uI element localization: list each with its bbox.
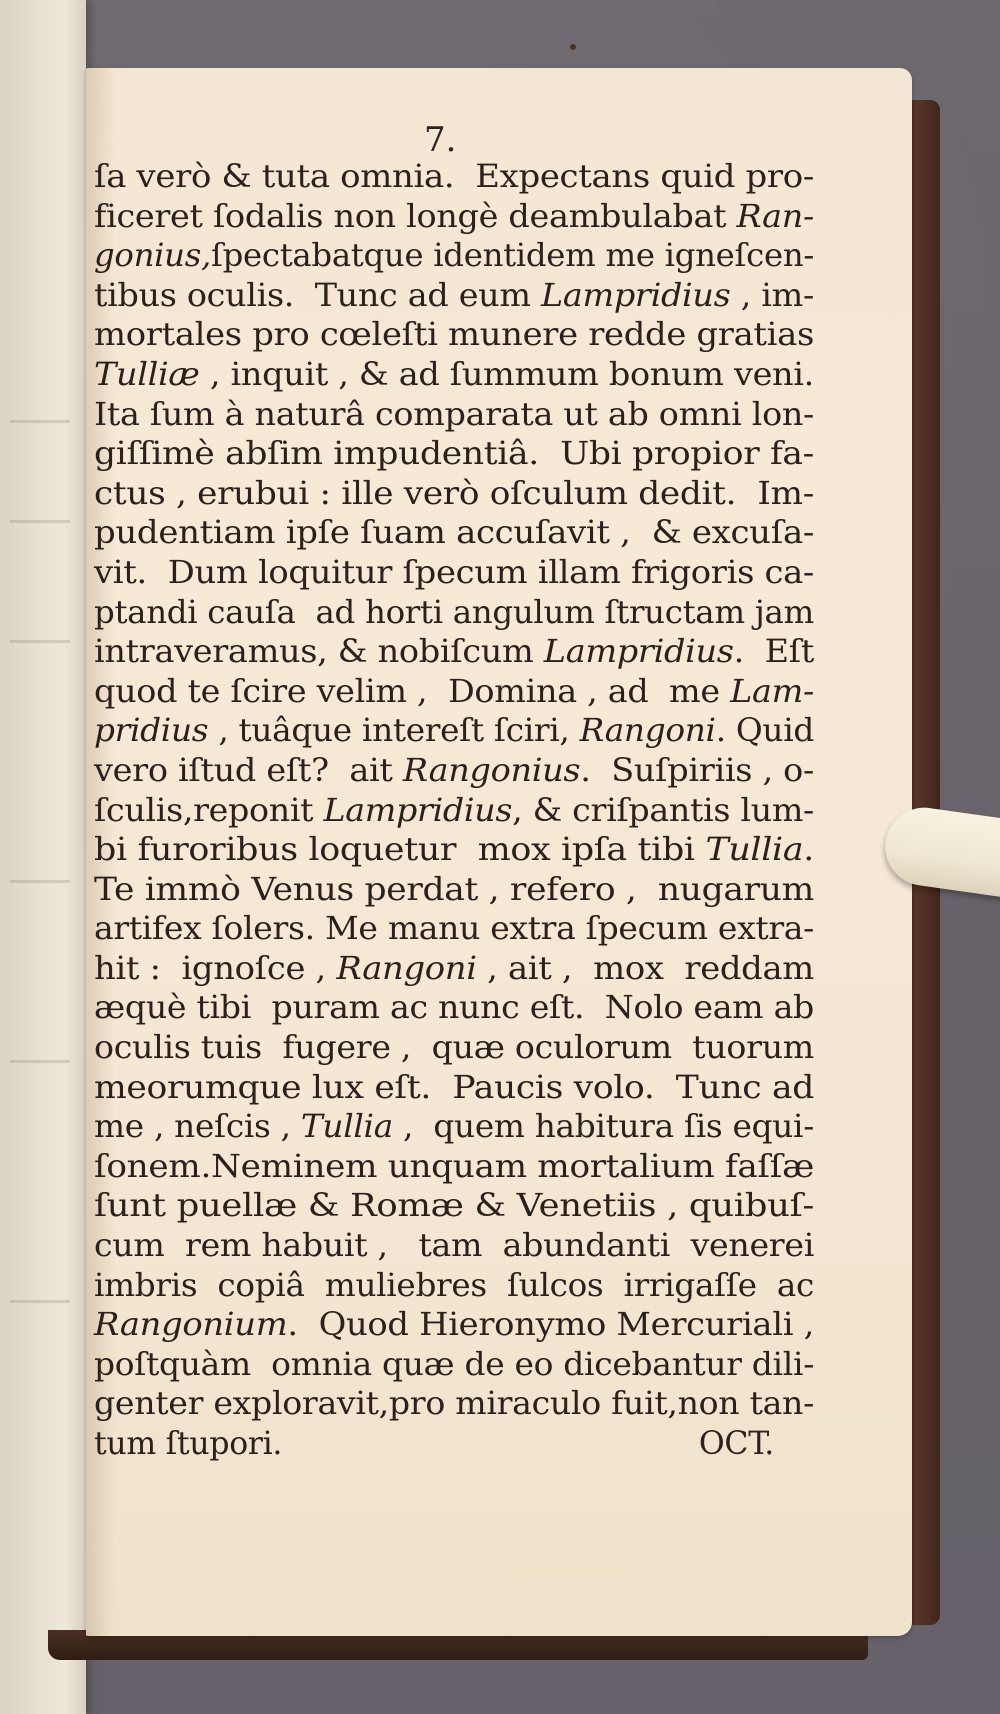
text-line: mortales pro cœleſti munere redde gratia…	[94, 316, 814, 356]
text-run: Ita ſum à naturâ comparata ut ab omni lo…	[94, 397, 814, 433]
text-line: hit : ignoſce , Rangoni , ait , mox redd…	[94, 950, 814, 990]
text-line: Te immò Venus perdat , refero , nugarum	[94, 871, 814, 911]
italic-name: Tullia	[301, 1109, 393, 1145]
text-line: oculis tuis fugere , quæ oculorum tuorum	[94, 1029, 814, 1069]
text-line: ſa verò & tuta omnia. Expectans quid pro…	[94, 158, 814, 198]
text-line: Ita ſum à naturâ comparata ut ab omni lo…	[94, 396, 814, 436]
text-run: Te immò Venus perdat , refero , nugarum	[94, 872, 814, 908]
book-page: 7. ſa verò & tuta omnia. Expectans quid …	[86, 68, 912, 1636]
italic-name: Rangoni	[580, 713, 716, 749]
text-line: intraveramus, & nobiſcum Lampridius. Eſt	[94, 633, 814, 673]
text-line: cum rem habuit , tam abundanti venerei	[94, 1227, 814, 1267]
text-line: artifex ſolers. Me manu extra ſpecum ext…	[94, 910, 814, 950]
text-run: mortales pro cœleſti munere redde gratia…	[94, 317, 814, 353]
text-run: ſonem.Neminem unquam mortalium faſſæ	[94, 1149, 814, 1185]
text-run: ficeret ſodalis non longè deambulabat	[94, 199, 737, 235]
text-run: meorumque lux eſt. Paucis volo. Tunc ad	[94, 1070, 814, 1106]
text-run: imbris copiâ muliebres ſulcos irrigaſſe …	[94, 1268, 814, 1304]
text-run: artifex ſolers. Me manu extra ſpecum ext…	[94, 911, 814, 947]
text-line: gonius,ſpectabatque identidem me igneſce…	[94, 237, 814, 277]
text-run: ſa verò & tuta omnia. Expectans quid pro…	[94, 159, 814, 195]
show-through-mark	[10, 1060, 70, 1063]
text-run: vero iſtud eſt? ait	[94, 753, 403, 789]
text-run: . Eſt	[734, 634, 814, 670]
text-run: pudentiam ipſe ſuam accuſavit , & excuſa…	[94, 515, 814, 551]
text-run: bi furoribus loquetur mox ipſa tibi	[94, 832, 705, 868]
italic-name: Ran-	[737, 199, 814, 235]
text-line: tum ſtupori.OCT.	[94, 1425, 814, 1465]
show-through-mark	[10, 520, 70, 523]
text-run: æquè tibi puram ac nunc eſt. Nolo eam ab	[94, 990, 814, 1026]
text-line: meorumque lux eſt. Paucis volo. Tunc ad	[94, 1069, 814, 1109]
text-run: . Quod Hieronymo Mercuriali ,	[287, 1307, 814, 1343]
text-line: ſunt puellæ & Romæ & Venetiis , quibuſ-	[94, 1187, 814, 1227]
text-run: ctus , erubui : ille verò oſculum dedit.…	[94, 476, 814, 512]
text-run: genter exploravit,pro miraculo fuit,non …	[94, 1386, 814, 1422]
text-line: ficeret ſodalis non longè deambulabat Ra…	[94, 198, 814, 238]
text-run: ptandi cauſa ad horti angulum ſtructam j…	[94, 595, 814, 631]
text-line: me , neſcis , Tullia , quem habitura ſis…	[94, 1108, 814, 1148]
text-run: , ait , mox reddam	[477, 951, 814, 987]
page-text: ſa verò & tuta omnia. Expectans quid pro…	[94, 158, 814, 1465]
text-line: genter exploravit,pro miraculo fuit,non …	[94, 1385, 814, 1425]
facing-page-edge	[0, 0, 86, 1714]
text-run: , & criſpantis lum-	[512, 793, 814, 829]
text-run: intraveramus, & nobiſcum	[94, 634, 544, 670]
text-run: me , neſcis ,	[94, 1109, 301, 1145]
text-line: Rangonium. Quod Hieronymo Mercuriali ,	[94, 1306, 814, 1346]
text-line: tibus oculis. Tunc ad eum Lampridius , i…	[94, 277, 814, 317]
text-run: .	[803, 832, 814, 868]
text-run: , tuâque intereſt ſciri,	[208, 713, 579, 749]
italic-name: Rangonium	[94, 1307, 287, 1343]
text-run: , quem habitura ſis equi-	[393, 1109, 814, 1145]
text-line: giſſimè abſim impudentiâ. Ubi propior fa…	[94, 435, 814, 475]
show-through-mark	[10, 420, 70, 423]
italic-name: Lampridius	[541, 278, 730, 314]
italic-name: pridius	[94, 713, 208, 749]
text-line: vero iſtud eſt? ait Rangonius. Suſpiriis…	[94, 752, 814, 792]
text-line: bi furoribus loquetur mox ipſa tibi Tull…	[94, 831, 814, 871]
text-run: , im-	[730, 278, 814, 314]
text-run: giſſimè abſim impudentiâ. Ubi propior fa…	[94, 436, 814, 472]
text-run: poſtquàm omnia quæ de eo dicebantur dili…	[94, 1347, 814, 1383]
show-through-mark	[10, 880, 70, 883]
text-run: . Quid	[716, 713, 814, 749]
text-run: tibus oculis. Tunc ad eum	[94, 278, 541, 314]
text-run: oculis tuis fugere , quæ oculorum tuorum	[94, 1030, 814, 1066]
italic-name: Lampridius	[544, 634, 734, 670]
text-line: Tulliæ , inquit , & ad ſummum bonum veni…	[94, 356, 814, 396]
text-run: ſunt puellæ & Romæ & Venetiis , quibuſ-	[94, 1188, 814, 1224]
text-line: æquè tibi puram ac nunc eſt. Nolo eam ab	[94, 989, 814, 1029]
text-line: poſtquàm omnia quæ de eo dicebantur dili…	[94, 1346, 814, 1386]
debris-speck	[570, 44, 576, 50]
italic-name: Lampridius	[323, 793, 512, 829]
text-line: ſculis,reponit Lampridius, & criſpantis …	[94, 792, 814, 832]
text-line: quod te ſcire velim , Domina , ad me Lam…	[94, 673, 814, 713]
text-line: vit. Dum loquitur ſpecum illam frigoris …	[94, 554, 814, 594]
text-run: ſpectabatque identidem me igneſcen-	[211, 238, 814, 274]
text-run: vit. Dum loquitur ſpecum illam frigoris …	[94, 555, 814, 591]
text-line: pridius , tuâque intereſt ſciri, Rangoni…	[94, 712, 814, 752]
text-line: ſonem.Neminem unquam mortalium faſſæ	[94, 1148, 814, 1188]
italic-name: Tullia	[705, 832, 803, 868]
show-through-mark	[10, 1300, 70, 1303]
text-line: ptandi cauſa ad horti angulum ſtructam j…	[94, 594, 814, 634]
page-number: 7.	[424, 120, 456, 160]
italic-name: Rangonius	[403, 753, 580, 789]
text-line: ctus , erubui : ille verò oſculum dedit.…	[94, 475, 814, 515]
italic-name: Tulliæ	[94, 357, 200, 393]
show-through-mark	[10, 640, 70, 643]
italic-name: Lam-	[730, 674, 814, 710]
text-run: cum rem habuit , tam abundanti venerei	[94, 1228, 814, 1264]
text-line: pudentiam ipſe ſuam accuſavit , & excuſa…	[94, 514, 814, 554]
text-run: . Suſpiriis , o-	[580, 753, 814, 789]
catchword: OCT.	[699, 1425, 774, 1465]
text-run: , inquit , & ad ſummum bonum veni.	[200, 357, 814, 393]
italic-name: Rangoni	[336, 951, 476, 987]
text-run: quod te ſcire velim , Domina , ad me	[94, 674, 730, 710]
text-run: tum ſtupori.	[94, 1426, 282, 1462]
italic-name: gonius,	[94, 238, 211, 274]
text-run: ſculis,reponit	[94, 793, 323, 829]
text-line: imbris copiâ muliebres ſulcos irrigaſſe …	[94, 1267, 814, 1307]
text-run: hit : ignoſce ,	[94, 951, 336, 987]
